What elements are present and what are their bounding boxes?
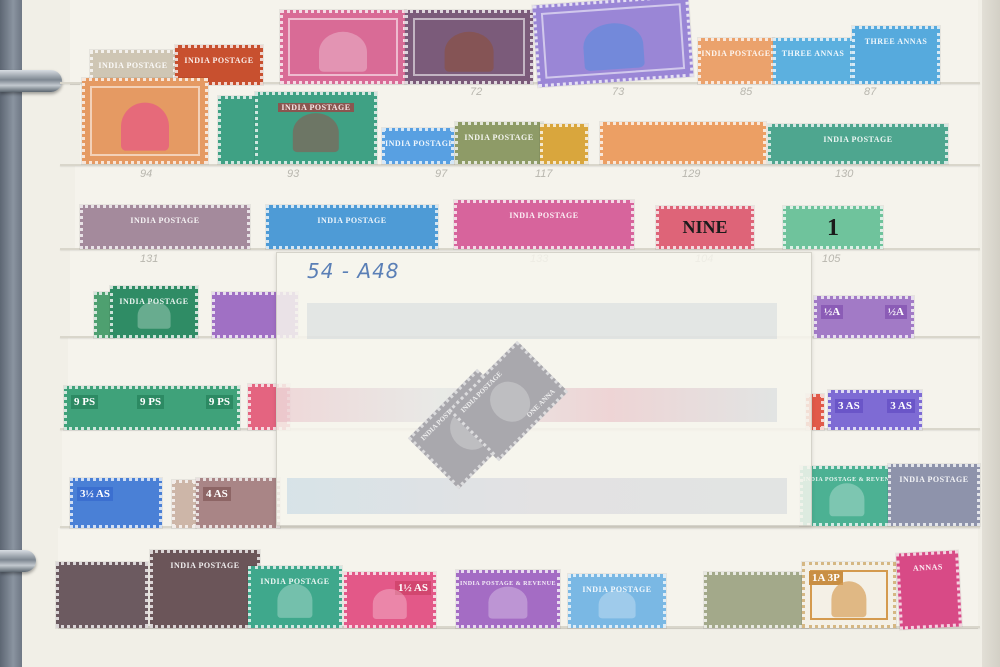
stamp-text: INDIA POSTAGE: [153, 561, 257, 570]
ghost-stamps: [307, 303, 777, 339]
catalogue-label: 130: [835, 168, 853, 180]
page-edge: [982, 0, 1000, 667]
stamp: INDIA POSTAGE & REVENUE: [800, 466, 894, 526]
catalogue-label: 94: [140, 168, 152, 180]
binder-ring-bottom: [0, 550, 36, 572]
stamp: NINE: [656, 206, 754, 249]
catalogue-label: 97: [435, 168, 447, 180]
stamp: 4 AS: [196, 478, 280, 528]
stamp-text: ANNAS: [900, 562, 956, 574]
stamp: 1A 3P: [802, 562, 896, 628]
value-tablet: 3 AS: [835, 399, 863, 413]
stamp: INDIA POSTAGE: [248, 566, 342, 628]
stamp: 9 PS9 PS9 PS: [64, 386, 240, 430]
catalogue-label: 85: [740, 86, 752, 98]
catalogue-label: 129: [682, 168, 700, 180]
stamp: ANNAS: [896, 550, 962, 629]
stamp: INDIA POSTAGE: [266, 205, 438, 249]
catalogue-label: 87: [864, 86, 876, 98]
stamp: THREE ANNAS: [773, 38, 853, 84]
stamp: INDIA POSTAGE: [454, 200, 634, 249]
stamp: INDIA POSTAGE: [698, 38, 774, 84]
stamp: [56, 562, 148, 628]
value-tablet: ½A: [885, 305, 907, 319]
stamp: INDIA POSTAGE: [568, 574, 666, 628]
catalogue-label: 117: [535, 168, 553, 180]
stamp: ½A½A: [814, 296, 914, 338]
value-tablet: 9 PS: [137, 395, 164, 409]
stamp: INDIA POSTAGE: [768, 124, 948, 164]
catalogue-label: 105: [822, 253, 840, 265]
stamp-text: INDIA POSTAGE: [83, 216, 247, 225]
stamp: INDIA POSTAGE & REVENUE: [456, 570, 560, 628]
stamp: [172, 480, 196, 528]
stamp: INDIA POSTAGE: [255, 92, 377, 164]
stamp-text: INDIA POSTAGE: [458, 133, 540, 142]
stamp-text: INDIA POSTAGE: [178, 56, 260, 65]
catalogue-label: 73: [612, 86, 624, 98]
stamp: 1½ AS: [344, 572, 436, 628]
overprint-text: NINE: [659, 217, 751, 238]
stamp-text: THREE ANNAS: [776, 49, 850, 58]
catalogue-label: 72: [470, 86, 482, 98]
stamp-text: INDIA POSTAGE: [891, 475, 977, 484]
value-tablet: 1A 3P: [809, 571, 843, 585]
stamp-text: INDIA POSTAGE: [269, 216, 435, 225]
value-tablet: 3 AS: [887, 399, 915, 413]
binder-ring-top: [0, 70, 62, 92]
stamp-text: INDIA POSTAGE: [457, 211, 631, 220]
stamp: INDIA POSTAGE: [888, 464, 980, 526]
stamp: INDIA POSTAGE: [80, 205, 250, 249]
stamp: [532, 0, 693, 87]
value-tablet: 9 PS: [206, 395, 233, 409]
stamp: [540, 124, 588, 164]
stamp-text: INDIA POSTAGE: [701, 49, 771, 58]
catalogue-label: 131: [140, 253, 158, 265]
stamp: [82, 78, 208, 164]
stamp: INDIA POSTAGE: [110, 286, 198, 338]
overprint-text: 1: [786, 215, 880, 242]
value-tablet: 4 AS: [203, 487, 231, 501]
stamp: 1: [783, 206, 883, 249]
value-tablet: ½A: [821, 305, 843, 319]
stamp: INDIA POSTAGE: [455, 122, 543, 164]
stamp-text: INDIA POSTAGE: [385, 139, 451, 148]
catalogue-label: 93: [287, 168, 299, 180]
stamp: THREE ANNAS: [852, 26, 940, 84]
value-tablet: 9 PS: [71, 395, 98, 409]
stamp-text: INDIA POSTAGE & REVENUE: [803, 477, 891, 483]
value-tablet: 3½ AS: [77, 487, 113, 501]
stamp-text: INDIA POSTAGE: [771, 135, 945, 144]
stamp: INDIA POSTAGE: [382, 128, 454, 164]
stamp: [704, 572, 808, 628]
stamp: [600, 122, 766, 164]
stamp-text: INDIA POSTAGE: [278, 103, 354, 112]
stamp: INDIA POSTAGE: [150, 550, 260, 628]
stamp-text: INDIA POSTAGE: [93, 61, 173, 70]
stamp-text: THREE ANNAS: [855, 37, 937, 46]
stamp: 3½ AS: [70, 478, 162, 528]
stamp: 3 AS3 AS: [828, 390, 922, 430]
ghost-stamps: [287, 478, 787, 514]
glassine-envelope: 54 - A48 INDIA POSTAGEONE ANNA INDIA POS…: [276, 252, 812, 526]
stamp: [405, 10, 533, 84]
stamp: [280, 10, 406, 84]
stamp: [218, 96, 258, 164]
handwritten-note: 54 - A48: [307, 259, 400, 283]
